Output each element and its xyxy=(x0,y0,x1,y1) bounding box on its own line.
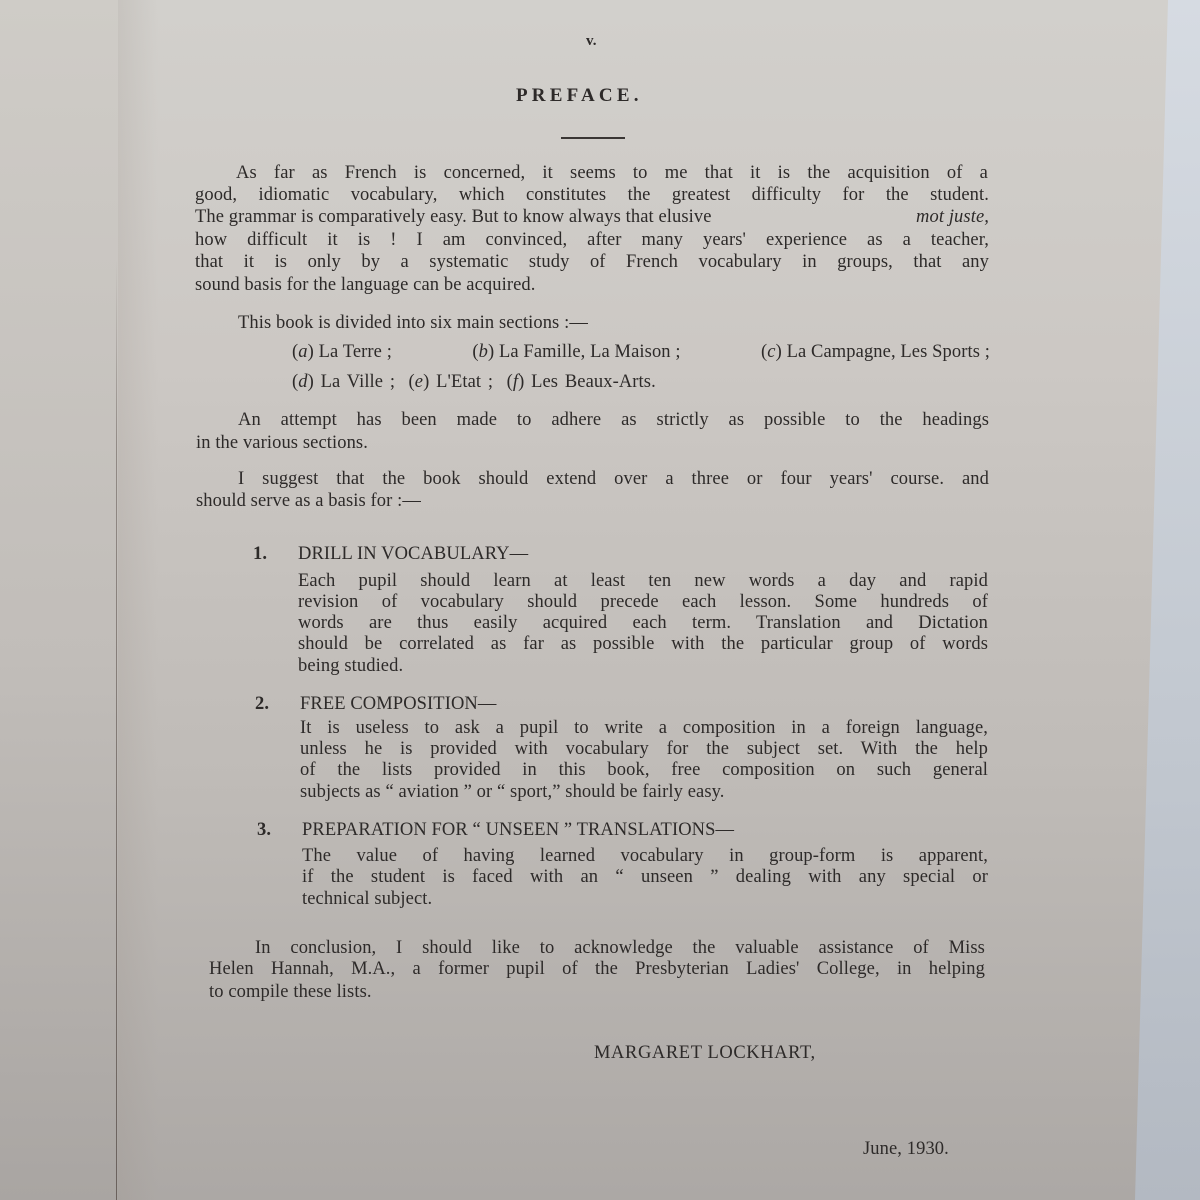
item-number: 2. xyxy=(255,693,269,715)
section-item: (b) La Famille, La Maison ; xyxy=(472,341,680,363)
text-line: should be correlated as far as possible … xyxy=(298,633,988,655)
text-line: if the student is faced with an “ unseen… xyxy=(302,866,988,888)
page-number: v. xyxy=(586,30,597,52)
sections-line: (d) La Ville ; (e) L'Etat ; (f) Les Beau… xyxy=(292,371,656,393)
item-heading: PREPARATION FOR “ UNSEEN ” TRANSLATIONS— xyxy=(302,819,734,841)
text-line: to compile these lists. xyxy=(209,981,372,1003)
page-title: PREFACE. xyxy=(516,85,643,107)
item-heading: FREE COMPOSITION— xyxy=(300,693,496,715)
text-line: how difficult it is ! I am convinced, af… xyxy=(195,229,989,251)
section-item: (d) La Ville ; xyxy=(292,372,395,392)
section-item: (c) La Campagne, Les Sports ; xyxy=(761,341,990,363)
text-line: In conclusion, I should like to acknowle… xyxy=(255,937,985,959)
text-line: subjects as “ aviation ” or “ sport,” sh… xyxy=(300,781,725,803)
item-number: 3. xyxy=(257,819,271,841)
text-line: revision of vocabulary should precede ea… xyxy=(298,591,988,613)
text-line: that it is only by a systematic study of… xyxy=(195,251,989,273)
gutter-shadow xyxy=(118,0,158,1200)
section-item: (e) L'Etat ; xyxy=(409,372,494,392)
title-rule xyxy=(561,137,625,139)
text-line: good, idiomatic vocabulary, which consti… xyxy=(195,184,989,206)
text-line: should serve as a basis for :— xyxy=(196,490,421,512)
date-line: June, 1930. xyxy=(863,1138,949,1160)
text-line: Helen Hannah, M.A., a former pupil of th… xyxy=(209,958,985,980)
text-line: As far as French is concerned, it seems … xyxy=(236,162,988,184)
sections-intro: This book is divided into six main secti… xyxy=(238,312,588,334)
text-line: I suggest that the book should extend ov… xyxy=(238,468,989,490)
text-line: unless he is provided with vocabulary fo… xyxy=(300,738,988,760)
section-item: (f) Les Beaux-Arts. xyxy=(507,372,656,392)
sections-line: (a) La Terre ; (b) La Famille, La Maison… xyxy=(292,341,990,363)
left-page-edge xyxy=(0,0,118,1200)
text-line: The value of having learned vocabulary i… xyxy=(302,845,988,867)
author-signature: MARGARET LOCKHART, xyxy=(594,1042,816,1064)
page-fold-line xyxy=(116,260,117,1200)
text-line: An attempt has been made to adhere as st… xyxy=(238,409,989,431)
text-line: sound basis for the language can be acqu… xyxy=(195,274,535,296)
section-item: (a) La Terre ; xyxy=(292,341,392,363)
text-line: being studied. xyxy=(298,655,403,677)
text-line: The grammar is comparatively easy. But t… xyxy=(195,206,989,228)
text-line: technical subject. xyxy=(302,888,432,910)
text-line: of the lists provided in this book, free… xyxy=(300,759,988,781)
item-heading: DRILL IN VOCABULARY— xyxy=(298,543,528,565)
italic-phrase: mot juste, xyxy=(916,206,989,228)
text-line: It is useless to ask a pupil to write a … xyxy=(300,717,988,739)
text-line: in the various sections. xyxy=(196,432,368,454)
text-line: words are thus easily acquired each term… xyxy=(298,612,988,634)
item-number: 1. xyxy=(253,543,267,565)
text-segment: The grammar is comparatively easy. But t… xyxy=(195,206,712,228)
text-line: Each pupil should learn at least ten new… xyxy=(298,570,988,592)
